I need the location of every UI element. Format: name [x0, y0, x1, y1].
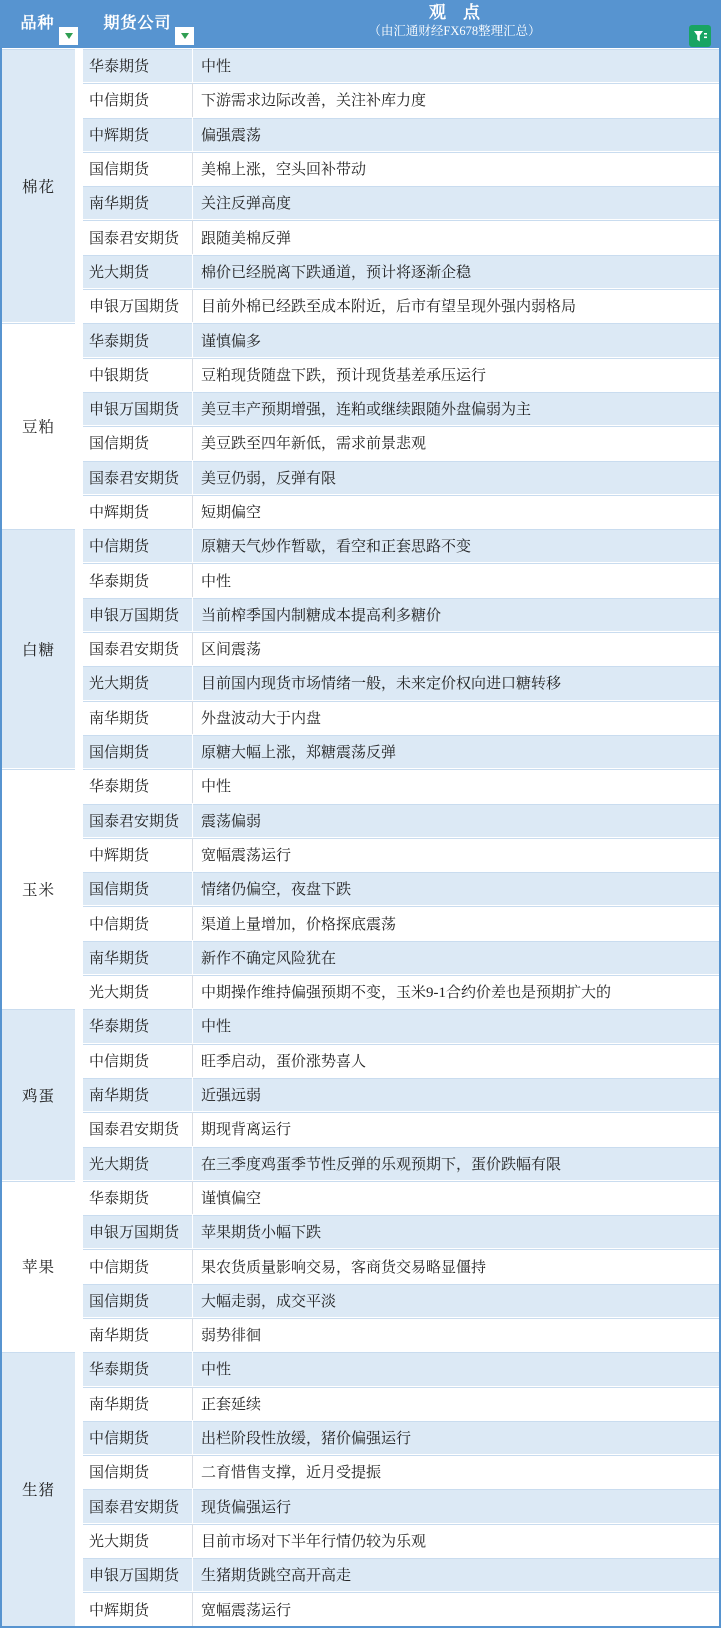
company-cell: 中辉期货 [83, 838, 193, 871]
company-cell: 国泰君安期货 [83, 220, 193, 253]
table-row: 华泰期货中性 [83, 1351, 719, 1385]
view-cell: 苹果期货小幅下跌 [193, 1215, 719, 1248]
view-cell: 谨慎偏空 [193, 1181, 719, 1214]
variety-cell: 苹果 [2, 1180, 75, 1351]
company-cell: 国信期货 [83, 426, 193, 459]
table-row: 华泰期货中性 [83, 768, 719, 802]
view-cell: 出栏阶段性放缓，猪价偏强运行 [193, 1421, 719, 1454]
table-row: 申银万国期货美豆丰产预期增强，连粕或继续跟随外盘偏弱为主 [83, 391, 719, 425]
variety-cell: 白糖 [2, 528, 75, 768]
variety-cell: 鸡蛋 [2, 1008, 75, 1179]
company-cell: 中信期货 [83, 529, 193, 562]
table-row: 申银万国期货生猪期货跳空高开高走 [83, 1557, 719, 1591]
table-row: 中信期货渠道上量增加，价格探底震荡 [83, 905, 719, 939]
table-row: 中辉期货短期偏空 [83, 494, 719, 528]
view-cell: 震荡偏弱 [193, 804, 719, 837]
table-row: 国泰君安期货震荡偏弱 [83, 803, 719, 837]
view-column-header: 观 点 （由汇通财经FX678整理汇总） [192, 0, 717, 48]
company-cell: 申银万国期货 [83, 1215, 193, 1248]
view-cell: 美豆丰产预期增强，连粕或继续跟随外盘偏弱为主 [193, 392, 719, 425]
table-row: 光大期货棉价已经脱离下跌通道，预计将逐渐企稳 [83, 254, 719, 288]
table-row: 国信期货情绪仍偏空，夜盘下跌 [83, 871, 719, 905]
filter-funnel-icon[interactable] [689, 25, 711, 47]
table-row: 中信期货果农货质量影响交易，客商货交易略显僵持 [83, 1248, 719, 1282]
company-cell: 南华期货 [83, 1387, 193, 1420]
company-cell: 南华期货 [83, 701, 193, 734]
company-cell: 中信期货 [83, 1249, 193, 1282]
view-cell: 棉价已经脱离下跌通道，预计将逐渐企稳 [193, 255, 719, 288]
company-cell: 申银万国期货 [83, 392, 193, 425]
view-cell: 宽幅震荡运行 [193, 1592, 719, 1625]
company-cell: 光大期货 [83, 1147, 193, 1180]
view-header-title: 观 点 [429, 3, 480, 23]
table-row: 光大期货在三季度鸡蛋季节性反弹的乐观预期下，蛋价跌幅有限 [83, 1146, 719, 1180]
company-cell: 中辉期货 [83, 495, 193, 528]
filter-dropdown-arrow-icon [181, 33, 189, 39]
company-cell: 中信期货 [83, 1421, 193, 1454]
table-row: 南华期货外盘波动大于内盘 [83, 700, 719, 734]
company-cell: 国泰君安期货 [83, 804, 193, 837]
table-row: 国信期货美豆跌至四年新低，需求前景悲观 [83, 425, 719, 459]
view-cell: 豆粕现货随盘下跌，预计现货基差承压运行 [193, 358, 719, 391]
company-cell: 华泰期货 [83, 1181, 193, 1214]
view-cell: 下游需求边际改善，关注补库力度 [193, 83, 719, 116]
view-cell: 现货偏强运行 [193, 1489, 719, 1522]
table-row: 光大期货目前市场对下半年行情仍较为乐观 [83, 1523, 719, 1557]
table-row: 申银万国期货苹果期货小幅下跌 [83, 1214, 719, 1248]
view-cell: 中性 [193, 1009, 719, 1042]
view-cell: 中性 [193, 563, 719, 596]
section-rows: 华泰期货谨慎偏空申银万国期货苹果期货小幅下跌中信期货果农货质量影响交易，客商货交… [83, 1180, 719, 1351]
company-filter-button[interactable] [175, 27, 194, 45]
company-cell: 华泰期货 [83, 1352, 193, 1385]
company-cell: 光大期货 [83, 666, 193, 699]
view-cell: 原糖大幅上涨，郑糖震荡反弹 [193, 735, 719, 768]
view-cell: 美豆仍弱，反弹有限 [193, 461, 719, 494]
view-cell: 短期偏空 [193, 495, 719, 528]
view-cell: 宽幅震荡运行 [193, 838, 719, 871]
table-row: 华泰期货谨慎偏空 [83, 1180, 719, 1214]
view-cell: 中性 [193, 769, 719, 802]
table-row: 国泰君安期货现货偏强运行 [83, 1488, 719, 1522]
commodity-section: 豆粕华泰期货谨慎偏多中银期货豆粕现货随盘下跌，预计现货基差承压运行申银万国期货美… [2, 322, 719, 528]
table-row: 华泰期货中性 [83, 562, 719, 596]
table-row: 光大期货目前国内现货市场情绪一般，未来定价权向进口糖转移 [83, 665, 719, 699]
commodity-section: 鸡蛋华泰期货中性中信期货旺季启动，蛋价涨势喜人南华期货近强远弱国泰君安期货期现背… [2, 1008, 719, 1179]
table-row: 国泰君安期货区间震荡 [83, 631, 719, 665]
company-cell: 光大期货 [83, 1524, 193, 1557]
table-row: 中信期货原糖天气炒作暂歇，看空和正套思路不变 [83, 528, 719, 562]
section-rows: 华泰期货中性中信期货旺季启动，蛋价涨势喜人南华期货近强远弱国泰君安期货期现背离运… [83, 1008, 719, 1179]
company-cell: 中信期货 [83, 1044, 193, 1077]
table-header: 品种 期货公司 观 点 （由汇通财经FX678整理汇总） [0, 0, 721, 48]
view-cell: 渠道上量增加，价格探底震荡 [193, 906, 719, 939]
table-row: 国信期货原糖大幅上涨，郑糖震荡反弹 [83, 734, 719, 768]
company-cell: 国信期货 [83, 1284, 193, 1317]
view-cell: 美豆跌至四年新低，需求前景悲观 [193, 426, 719, 459]
view-cell: 期现背离运行 [193, 1112, 719, 1145]
view-cell: 弱势徘徊 [193, 1318, 719, 1351]
table-row: 申银万国期货当前榨季国内制糖成本提高利多糖价 [83, 597, 719, 631]
table-row: 中信期货出栏阶段性放缓，猪价偏强运行 [83, 1420, 719, 1454]
table-row: 光大期货中期操作维持偏强预期不变，玉米9-1合约价差也是预期扩大的 [83, 974, 719, 1008]
company-cell: 光大期货 [83, 255, 193, 288]
view-cell: 新作不确定风险犹在 [193, 941, 719, 974]
company-cell: 华泰期货 [83, 49, 193, 82]
company-cell: 中辉期货 [83, 1592, 193, 1625]
company-cell: 国信期货 [83, 152, 193, 185]
company-cell: 中银期货 [83, 358, 193, 391]
view-cell: 生猪期货跳空高开高走 [193, 1558, 719, 1591]
company-cell: 申银万国期货 [83, 1558, 193, 1591]
company-cell: 光大期货 [83, 975, 193, 1008]
company-cell: 华泰期货 [83, 323, 193, 356]
section-rows: 中信期货原糖天气炒作暂歇，看空和正套思路不变华泰期货中性申银万国期货当前榨季国内… [83, 528, 719, 768]
company-cell: 南华期货 [83, 186, 193, 219]
table-row: 中辉期货宽幅震荡运行 [83, 1591, 719, 1625]
view-cell: 情绪仍偏空，夜盘下跌 [193, 872, 719, 905]
company-cell: 申银万国期货 [83, 289, 193, 322]
view-cell: 中性 [193, 1352, 719, 1385]
section-rows: 华泰期货中性国泰君安期货震荡偏弱中辉期货宽幅震荡运行国信期货情绪仍偏空，夜盘下跌… [83, 768, 719, 1008]
view-cell: 原糖天气炒作暂歇，看空和正套思路不变 [193, 529, 719, 562]
company-cell: 南华期货 [83, 1078, 193, 1111]
commodity-section: 玉米华泰期货中性国泰君安期货震荡偏弱中辉期货宽幅震荡运行国信期货情绪仍偏空，夜盘… [2, 768, 719, 1008]
view-cell: 目前国内现货市场情绪一般，未来定价权向进口糖转移 [193, 666, 719, 699]
table-row: 中信期货旺季启动，蛋价涨势喜人 [83, 1043, 719, 1077]
table-row: 中辉期货宽幅震荡运行 [83, 837, 719, 871]
table-row: 华泰期货中性 [83, 1008, 719, 1042]
view-cell: 中期操作维持偏强预期不变，玉米9-1合约价差也是预期扩大的 [193, 975, 719, 1008]
table-row: 南华期货弱势徘徊 [83, 1317, 719, 1351]
table-row: 南华期货近强远弱 [83, 1077, 719, 1111]
section-rows: 华泰期货中性南华期货正套延续中信期货出栏阶段性放缓，猪价偏强运行国信期货二育惜售… [83, 1351, 719, 1625]
table-row: 中信期货下游需求边际改善，关注补库力度 [83, 82, 719, 116]
company-cell: 国泰君安期货 [83, 632, 193, 665]
view-cell: 近强远弱 [193, 1078, 719, 1111]
view-cell: 正套延续 [193, 1387, 719, 1420]
commodity-section: 生猪华泰期货中性南华期货正套延续中信期货出栏阶段性放缓，猪价偏强运行国信期货二育… [2, 1351, 719, 1625]
table-row: 华泰期货谨慎偏多 [83, 322, 719, 356]
company-cell: 华泰期货 [83, 563, 193, 596]
table-row: 华泰期货中性 [83, 48, 719, 82]
variety-cell: 生猪 [2, 1351, 75, 1625]
company-cell: 国信期货 [83, 1455, 193, 1488]
view-header-subtitle: （由汇通财经FX678整理汇总） [368, 23, 540, 40]
view-cell: 跟随美棉反弹 [193, 220, 719, 253]
funnel-glyph [693, 29, 708, 44]
view-cell: 当前榨季国内制糖成本提高利多糖价 [193, 598, 719, 631]
view-cell: 关注反弹高度 [193, 186, 719, 219]
view-cell: 旺季启动，蛋价涨势喜人 [193, 1044, 719, 1077]
company-cell: 中信期货 [83, 906, 193, 939]
table-row: 国信期货大幅走弱，成交平淡 [83, 1283, 719, 1317]
view-cell: 美棉上涨，空头回补带动 [193, 152, 719, 185]
table-body: 棉花华泰期货中性中信期货下游需求边际改善，关注补库力度中辉期货偏强震荡国信期货美… [0, 48, 721, 1628]
view-cell: 区间震荡 [193, 632, 719, 665]
company-cell: 国泰君安期货 [83, 461, 193, 494]
futures-opinion-table: 品种 期货公司 观 点 （由汇通财经FX678整理汇总） 棉花华泰期货中性中信期… [0, 0, 721, 1628]
company-cell: 中信期货 [83, 83, 193, 116]
company-cell: 南华期货 [83, 941, 193, 974]
table-row: 国信期货美棉上涨，空头回补带动 [83, 151, 719, 185]
table-row: 中辉期货偏强震荡 [83, 117, 719, 151]
table-row: 南华期货正套延续 [83, 1386, 719, 1420]
table-row: 申银万国期货目前外棉已经跌至成本附近，后市有望呈现外强内弱格局 [83, 288, 719, 322]
table-row: 国信期货二育惜售支撑，近月受提振 [83, 1454, 719, 1488]
table-row: 国泰君安期货期现背离运行 [83, 1111, 719, 1145]
commodity-section: 苹果华泰期货谨慎偏空申银万国期货苹果期货小幅下跌中信期货果农货质量影响交易，客商… [2, 1180, 719, 1351]
company-cell: 华泰期货 [83, 769, 193, 802]
company-cell: 国泰君安期货 [83, 1489, 193, 1522]
variety-cell: 玉米 [2, 768, 75, 1008]
table-row: 国泰君安期货美豆仍弱，反弹有限 [83, 460, 719, 494]
section-rows: 华泰期货中性中信期货下游需求边际改善，关注补库力度中辉期货偏强震荡国信期货美棉上… [83, 48, 719, 322]
view-cell: 目前市场对下半年行情仍较为乐观 [193, 1524, 719, 1557]
view-cell: 在三季度鸡蛋季节性反弹的乐观预期下，蛋价跌幅有限 [193, 1147, 719, 1180]
section-rows: 华泰期货谨慎偏多中银期货豆粕现货随盘下跌，预计现货基差承压运行申银万国期货美豆丰… [83, 322, 719, 528]
view-cell: 二育惜售支撑，近月受提振 [193, 1455, 719, 1488]
filter-dropdown-arrow-icon [65, 33, 73, 39]
variety-cell: 棉花 [2, 48, 75, 322]
view-cell: 外盘波动大于内盘 [193, 701, 719, 734]
company-cell: 中辉期货 [83, 118, 193, 151]
table-row: 中银期货豆粕现货随盘下跌，预计现货基差承压运行 [83, 357, 719, 391]
company-cell: 华泰期货 [83, 1009, 193, 1042]
view-cell: 偏强震荡 [193, 118, 719, 151]
commodity-section: 棉花华泰期货中性中信期货下游需求边际改善，关注补库力度中辉期货偏强震荡国信期货美… [2, 48, 719, 322]
company-cell: 申银万国期货 [83, 598, 193, 631]
company-cell: 国信期货 [83, 735, 193, 768]
view-cell: 谨慎偏多 [193, 323, 719, 356]
table-row: 南华期货新作不确定风险犹在 [83, 940, 719, 974]
view-cell: 目前外棉已经跌至成本附近，后市有望呈现外强内弱格局 [193, 289, 719, 322]
company-cell: 国信期货 [83, 872, 193, 905]
company-cell: 南华期货 [83, 1318, 193, 1351]
view-cell: 大幅走弱，成交平淡 [193, 1284, 719, 1317]
view-cell: 中性 [193, 49, 719, 82]
variety-cell: 豆粕 [2, 322, 75, 528]
view-cell: 果农货质量影响交易，客商货交易略显僵持 [193, 1249, 719, 1282]
company-cell: 国泰君安期货 [83, 1112, 193, 1145]
variety-filter-button[interactable] [59, 27, 78, 45]
table-row: 国泰君安期货跟随美棉反弹 [83, 219, 719, 253]
table-row: 南华期货关注反弹高度 [83, 185, 719, 219]
commodity-section: 白糖中信期货原糖天气炒作暂歇，看空和正套思路不变华泰期货中性申银万国期货当前榨季… [2, 528, 719, 768]
